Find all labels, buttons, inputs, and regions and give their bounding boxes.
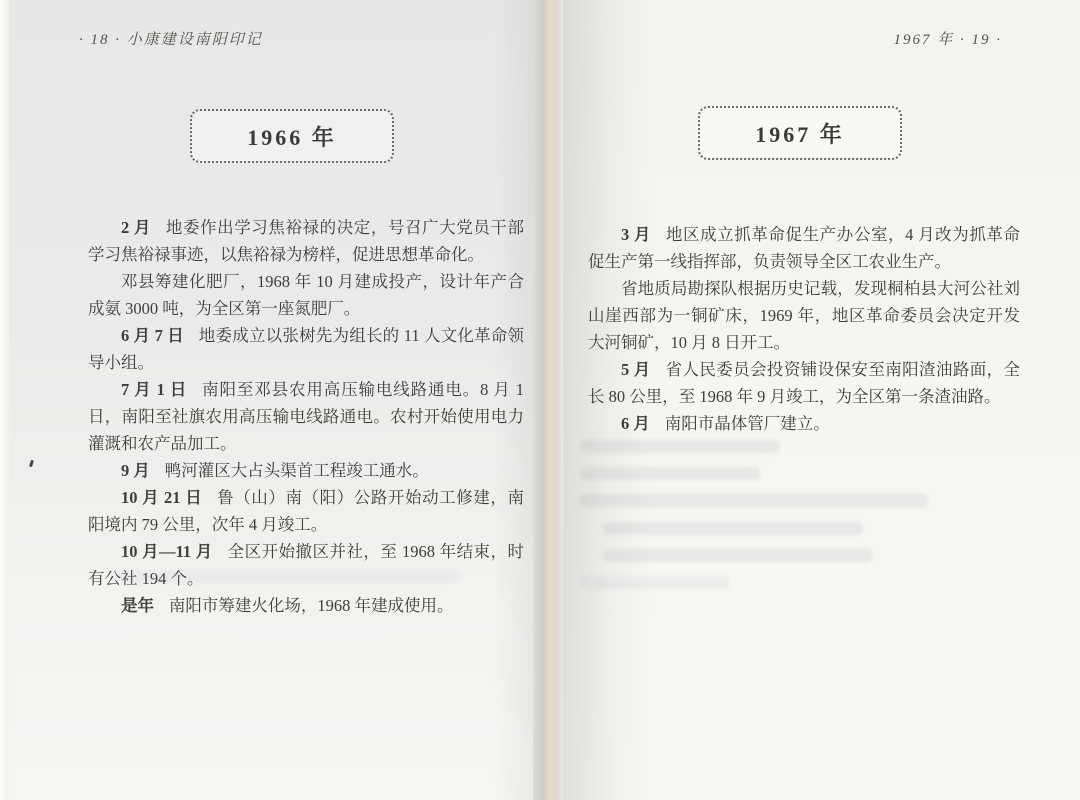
- paragraph: 6 月 7 日地委成立以张树先为组长的 11 人文化革命领导小组。: [88, 322, 524, 376]
- bleedthrough-line: [119, 570, 459, 583]
- date-label: 10 月—11 月: [121, 542, 213, 561]
- paragraph: 9 月鸭河灌区大占头渠首工程竣工通水。: [88, 457, 524, 484]
- paragraph-text: 地区成立抓革命促生产办公室，4 月改为抓革命促生产第一线指挥部，负责领导全区工农…: [588, 225, 1020, 271]
- paragraph-text: 省人民委员会投资铺设保安至南阳渣油路面，全长 80 公里，至 1968 年 9 …: [588, 360, 1020, 406]
- date-label: 7 月 1 日: [121, 380, 187, 399]
- paragraph: 邓县筹建化肥厂，1968 年 10 月建成投产，设计年产合成氨 3000 吨，为…: [88, 268, 524, 322]
- bleedthrough-line: [580, 576, 730, 589]
- paragraph-text: 鸭河灌区大占头渠首工程竣工通水。: [165, 461, 429, 480]
- bleedthrough-line: [580, 440, 780, 453]
- paragraph: 7 月 1 日南阳至邓县农用高压输电线路通电。8 月 1 日，南阳至社旗农用高压…: [88, 376, 524, 457]
- paragraph: 10 月—11 月全区开始撤区并社，至 1968 年结束，时有公社 194 个。: [88, 538, 524, 592]
- paragraph: 3 月地区成立抓革命促生产办公室，4 月改为抓革命促生产第一线指挥部，负责领导全…: [588, 221, 1020, 275]
- page-left-1966: · 18 · 小康建设南阳印记 1966 年 2 月地委作出学习焦裕禄的决定，号…: [9, 0, 533, 800]
- date-label: 10 月 21 日: [121, 488, 202, 507]
- paragraph: 是年南阳市筹建火化场，1968 年建成使用。: [88, 592, 524, 619]
- date-label: 5 月: [621, 360, 651, 379]
- date-label: 2 月: [121, 218, 151, 237]
- book-gutter: [533, 0, 563, 800]
- bleedthrough-line: [603, 549, 873, 562]
- paragraph: 省地质局勘探队根据历史记载，发现桐柏县大河公社刘山崖西部为一铜矿床，1969 年…: [588, 275, 1020, 356]
- paragraph-text: 省地质局勘探队根据历史记载，发现桐柏县大河公社刘山崖西部为一铜矿床，1969 年…: [588, 279, 1020, 352]
- year-box-1966: 1966 年: [190, 109, 394, 163]
- date-label: 9 月: [121, 461, 150, 480]
- paragraph-text: 邓县筹建化肥厂，1968 年 10 月建成投产，设计年产合成氨 3000 吨，为…: [88, 272, 524, 318]
- right-text-column: 3 月地区成立抓革命促生产办公室，4 月改为抓革命促生产第一线指挥部，负责领导全…: [588, 221, 1020, 437]
- open-book-scan: · 18 · 小康建设南阳印记 1966 年 2 月地委作出学习焦裕禄的决定，号…: [0, 0, 1080, 800]
- bleedthrough-line: [603, 522, 863, 535]
- bleedthrough-line: [578, 494, 928, 507]
- paragraph-text: 地委作出学习焦裕禄的决定，号召广大党员干部学习焦裕禄事迹，以焦裕禄为榜样，促进思…: [88, 218, 524, 264]
- year-box-1967: 1967 年: [698, 106, 902, 160]
- date-label: 3 月: [621, 225, 651, 244]
- date-label: 6 月 7 日: [121, 326, 184, 345]
- left-text-column: 2 月地委作出学习焦裕禄的决定，号召广大党员干部学习焦裕禄事迹，以焦裕禄为榜样，…: [88, 214, 524, 619]
- year-box-label: 1966 年: [247, 121, 337, 152]
- paragraph: 6 月南阳市晶体管厂建立。: [588, 410, 1020, 437]
- date-label: 是年: [121, 596, 154, 615]
- page-right-1967: 1967 年 · 19 · 1967 年 3 月地区成立抓革命促生产办公室，4 …: [563, 0, 1080, 800]
- bleedthrough-line: [580, 467, 760, 480]
- running-head-left: · 18 · 小康建设南阳印记: [79, 28, 263, 49]
- year-box-label: 1967 年: [755, 118, 845, 149]
- paragraph: 2 月地委作出学习焦裕禄的决定，号召广大党员干部学习焦裕禄事迹，以焦裕禄为榜样，…: [88, 214, 524, 268]
- paragraph-text: 南阳市晶体管厂建立。: [665, 414, 830, 433]
- running-head-right: 1967 年 · 19 ·: [893, 28, 1002, 49]
- paragraph: 5 月省人民委员会投资铺设保安至南阳渣油路面，全长 80 公里，至 1968 年…: [588, 356, 1020, 410]
- paragraph-text: 南阳市筹建火化场，1968 年建成使用。: [169, 596, 454, 615]
- scan-edge: [0, 0, 9, 800]
- paragraph: 10 月 21 日鲁（山）南（阳）公路开始动工修建，南阳境内 79 公里，次年 …: [88, 484, 524, 538]
- date-label: 6 月: [621, 414, 650, 433]
